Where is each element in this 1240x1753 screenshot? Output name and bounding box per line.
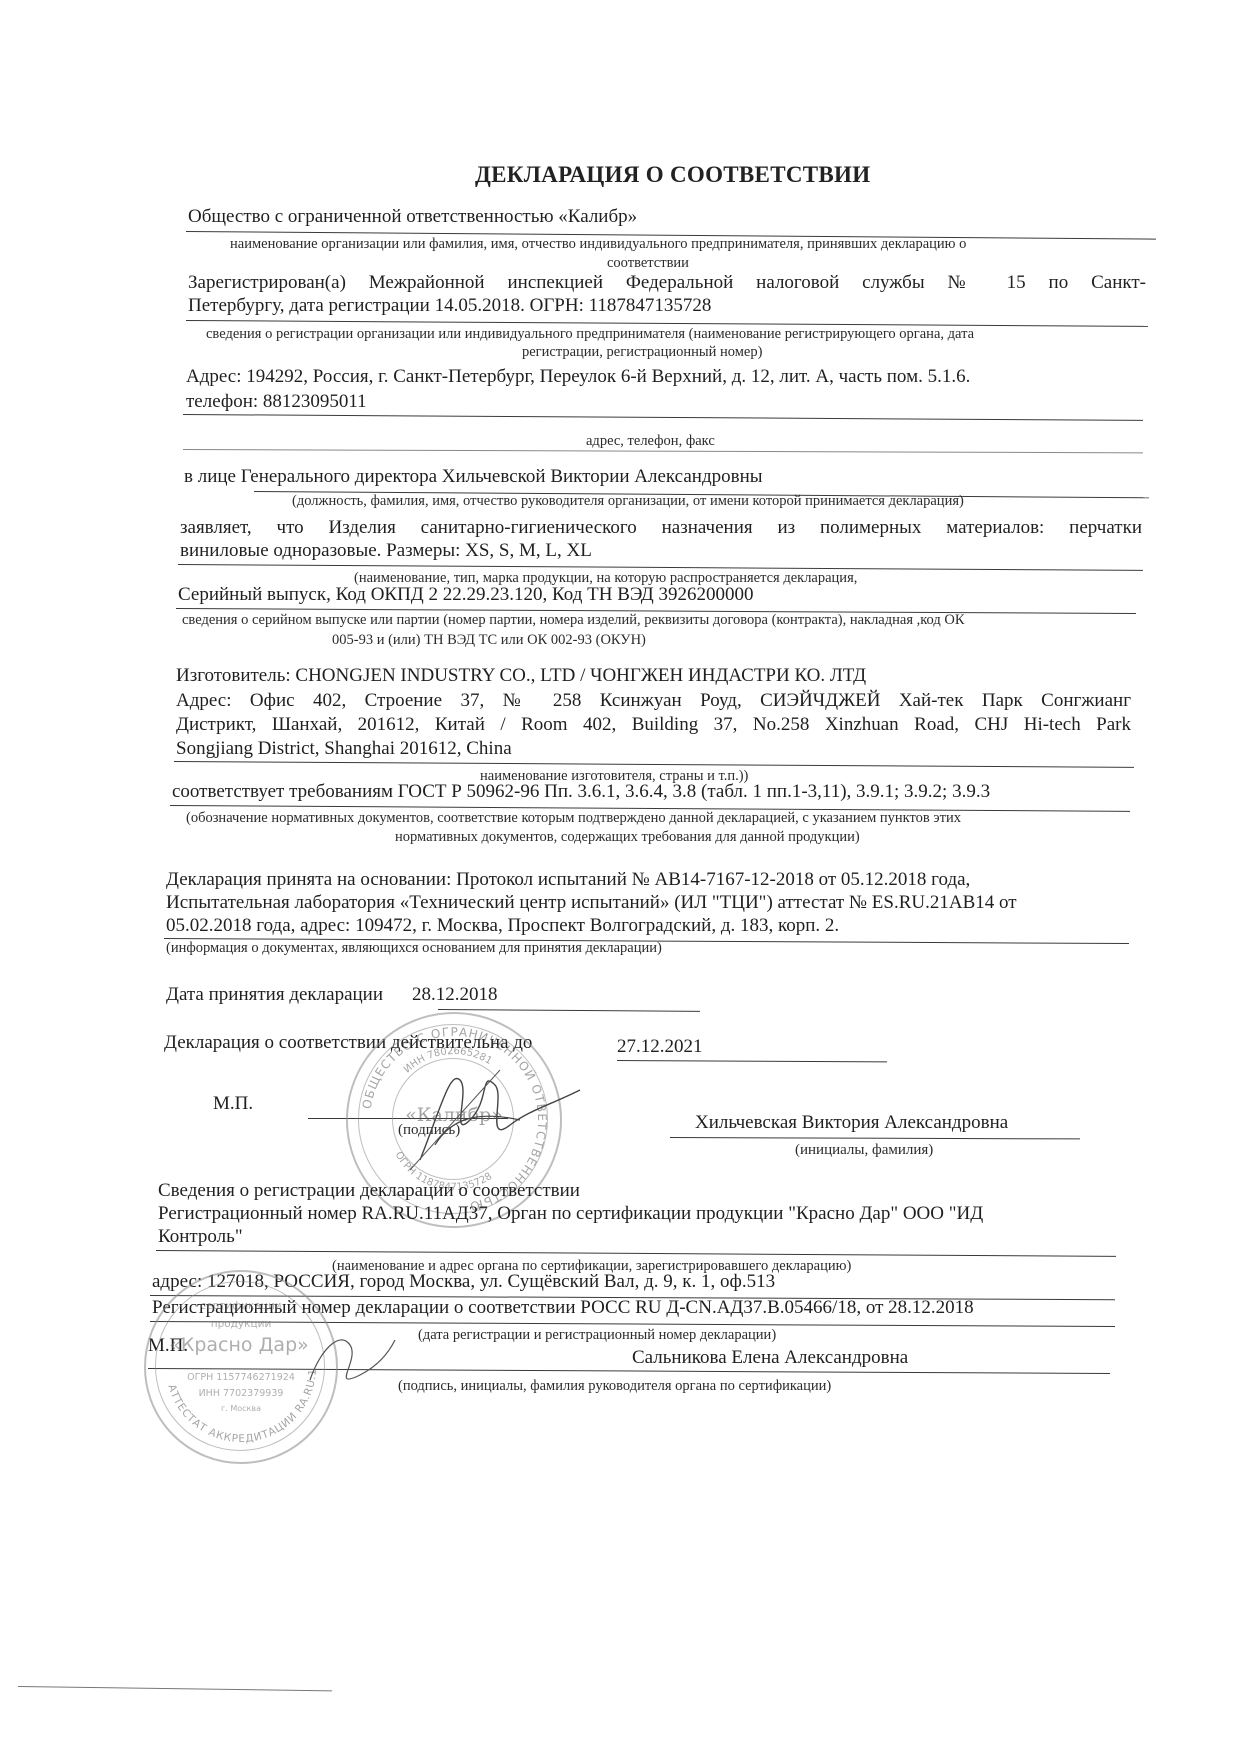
registration-caption: сведения о регистрации организации или и… (206, 326, 974, 343)
document-title: ДЕКЛАРАЦИЯ О СООТВЕТСТВИИ (475, 162, 870, 188)
registration-body-2: Контроль" (158, 1226, 243, 1248)
divider (156, 1250, 1116, 1257)
registration-line-2: Петербургу, дата регистрации 14.05.2018.… (188, 295, 711, 317)
basis-caption: (информация о документах, являющихся осн… (166, 940, 662, 957)
stamp-ogrn: ОГРН 1157746271924 (176, 1372, 306, 1383)
mp-label: М.П. (213, 1093, 253, 1115)
divider (183, 449, 1143, 454)
address-caption: адрес, телефон, факс (586, 433, 715, 450)
stamp-center-text: «Красно Дар» (164, 1334, 314, 1356)
registration-number-caption: (дата регистрации и регистрационный номе… (418, 1327, 776, 1344)
signer-caption: (инициалы, фамилия) (795, 1142, 933, 1159)
standards-text: соответствует требованиям ГОСТ Р 50962-9… (172, 781, 990, 803)
stamp-city: г. Москва (176, 1404, 306, 1413)
divider (670, 1137, 1080, 1140)
representative-name: Генерального директора Хильчевской Викто… (241, 466, 763, 487)
divider (438, 1009, 700, 1012)
serial-info: Серийный выпуск, Код ОКПД 2 22.29.23.120… (178, 584, 754, 606)
declaration-page: ДЕКЛАРАЦИЯ О СООТВЕТСТВИИ Общество с огр… (0, 0, 1240, 1753)
accepted-date-value: 28.12.2018 (412, 984, 498, 1006)
applicant-phone: телефон: 88123095011 (186, 391, 367, 413)
stamp-line-1: сертификации (186, 1300, 296, 1312)
representative-row: в лице Генерального директора Хильчевско… (184, 466, 763, 488)
handwritten-signature-2 (300, 1320, 400, 1400)
serial-caption-2: 005-93 и (или) ТН ВЭД ТС или ОК 002-93 (… (332, 632, 646, 649)
manufacturer-address-2: Дистрикт, Шанхай, 201612, Китай / Room 4… (176, 714, 1131, 736)
certification-head-name: Сальникова Елена Александровна (632, 1347, 908, 1369)
applicant-name-caption: наименование организации или фамилия, им… (230, 236, 966, 253)
registration-heading: Сведения о регистрации декларации о соот… (158, 1180, 580, 1202)
representative-prefix: в лице (184, 466, 236, 487)
product-line-1: заявляет, что Изделия санитарно-гигиенич… (180, 517, 1142, 539)
stamp-line-2: продукции (186, 1318, 296, 1330)
svg-text:АТТЕСТАТ АККРЕДИТАЦИИ RA.RU.11: АТТЕСТАТ АККРЕДИТАЦИИ RA.RU.11АД37 (146, 1272, 319, 1445)
basis-line-1: Декларация принята на основании: Протоко… (166, 869, 970, 891)
product-line-2: виниловые одноразовые. Размеры: XS, S, M… (180, 540, 592, 562)
manufacturer-address-1: Адрес: Офис 402, Строение 37, № 258 Ксин… (176, 690, 1131, 712)
applicant-name: Общество с ограниченной ответственностью… (188, 206, 637, 228)
applicant-name-caption-2: соответствии (607, 255, 689, 272)
registration-line-1: Зарегистрирован(а) Межрайонной инспекцие… (188, 272, 1146, 294)
basis-line-3: 05.02.2018 года, адрес: 109472, г. Москв… (166, 915, 839, 937)
standards-caption: (обозначение нормативных документов, соо… (186, 810, 961, 827)
accepted-date-label: Дата принятия декларации (166, 984, 383, 1006)
scan-artifact-line (18, 1686, 332, 1691)
basis-line-2: Испытательная лаборатория «Технический ц… (166, 892, 1017, 914)
manufacturer-name: Изготовитель: CHONGJEN INDUSTRY CO., LTD… (176, 665, 866, 687)
registration-body-1: Регистрационный номер RA.RU.11АД37, Орга… (158, 1203, 983, 1225)
signer-name: Хильчевская Виктория Александровна (695, 1112, 1008, 1134)
representative-caption: (должность, фамилия, имя, отчество руков… (292, 493, 964, 510)
stamp-inn: ИНН 7702379939 (176, 1388, 306, 1399)
divider (617, 1060, 887, 1063)
handwritten-signature (380, 1050, 600, 1180)
serial-caption: сведения о серийном выпуске или партии (… (182, 612, 965, 629)
manufacturer-address-3: Songjiang District, Shanghai 201612, Chi… (176, 738, 512, 760)
divider (183, 414, 1143, 421)
standards-caption-2: нормативных документов, содержащих требо… (395, 829, 860, 846)
applicant-address: Адрес: 194292, Россия, г. Санкт-Петербур… (186, 366, 970, 388)
registration-caption-2: регистрации, регистрационный номер) (522, 344, 762, 361)
certification-head-caption: (подпись, инициалы, фамилия руководителя… (398, 1378, 831, 1395)
valid-until-value: 27.12.2021 (617, 1036, 703, 1058)
